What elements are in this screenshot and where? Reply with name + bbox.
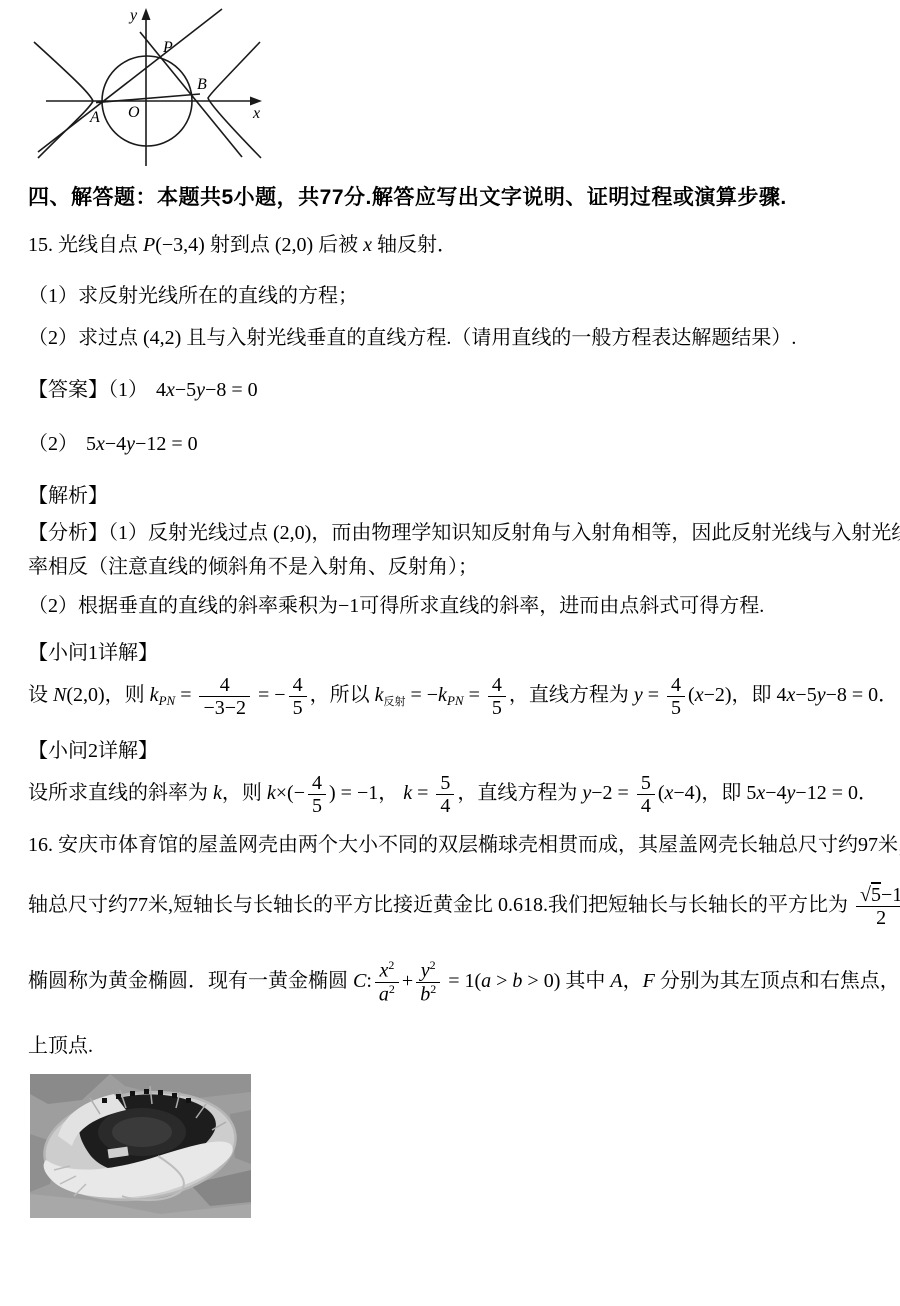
detail1-label: 【小问1详解】 xyxy=(28,639,158,668)
line-AP xyxy=(38,9,222,152)
q15-answer-2: （2）5x−4y−12 = 0 xyxy=(28,430,198,459)
label-O: O xyxy=(128,104,140,121)
detail2-label: 【小问2详解】 xyxy=(28,737,158,766)
fraction-x2-a2: x2a2 xyxy=(375,959,399,1006)
fraction: 45 xyxy=(488,674,506,720)
fraction: 54 xyxy=(436,772,454,818)
q16-line2: 轴总尺寸约77米,短轴长与长轴长的平方比接近黄金比 0.618.我们把短轴长与长… xyxy=(28,876,900,934)
answer-equation-1: 4x−5y−8 = 0 xyxy=(156,379,258,401)
q16-line4: 上顶点. xyxy=(28,1032,93,1061)
fraction: 45 xyxy=(289,674,307,720)
radical-icon: √ xyxy=(860,884,871,906)
detail2-math: 设所求直线的斜率为 k，则 k×(−45) = −1， k = 54，直线方程为… xyxy=(28,764,878,822)
y-arrowhead-icon xyxy=(142,8,151,20)
fraction: 45 xyxy=(308,772,326,818)
result-equation: 4x−5y−8 = 0 xyxy=(777,684,879,706)
q15-stem: 15. 光线自点 P(−3,4) 射到点 (2,0) 后被 x 轴反射． xyxy=(28,231,457,260)
label-A: A xyxy=(89,109,100,126)
label-B: B xyxy=(197,76,207,93)
answer-equation-2: 5x−4y−12 = 0 xyxy=(86,433,198,455)
stadium-aerial-photo xyxy=(30,1074,251,1218)
hyperbola-left-branch xyxy=(34,42,93,158)
golden-ratio-fraction: √5−12 xyxy=(856,884,900,930)
jiexi-label: 【解析】 xyxy=(28,482,108,511)
fenxi-line2: 率相反（注意直线的倾斜角不是入射角、反射角）； xyxy=(28,553,478,582)
detail1-math: 设 N(2,0)，则 kPN = 4−3−2 = −45，所以 k反射 = −k… xyxy=(28,666,898,731)
fenxi-line1: 【分析】（1）反射光线过点 (2,0)，而由物理学知识知反射角与入射角相等，因此… xyxy=(28,519,900,548)
q16-line1: 16. 安庆市体育馆的屋盖网壳由两个大小不同的双层椭球壳相贯而成，其屋盖网壳长轴… xyxy=(28,831,900,860)
label-y: y xyxy=(128,7,138,24)
q16-line3: 椭圆称为黄金椭圆．现有一黄金椭圆 C:x2a2+y2b2 = 1(a > b >… xyxy=(28,952,900,1010)
q15-answer-1: 【答案】（1）4x−5y−8 = 0 xyxy=(28,376,258,405)
section-heading: 四、解答题：本题共5小题，共77分.解答应写出文字说明、证明过程或演算步骤. xyxy=(28,183,787,213)
fraction: 54 xyxy=(637,772,655,818)
fraction: 45 xyxy=(667,674,685,720)
coordinate-figure: y x P B A O xyxy=(26,0,266,168)
result-equation: 5x−4y−12 = 0 xyxy=(746,782,858,804)
q15-part2: （2）求过点 (4,2) 且与入射光线垂直的直线方程.（请用直线的一般方程表达解… xyxy=(28,324,796,353)
answer-label: 【答案】 xyxy=(28,379,108,401)
label-x: x xyxy=(252,105,260,122)
q15-part1: （1）求反射光线所在的直线的方程； xyxy=(28,282,358,311)
document-page: y x P B A O 四、解答题：本题共5小题，共77分.解答应写出文字说明、… xyxy=(0,0,900,1306)
fraction: 4−3−2 xyxy=(199,674,250,720)
label-P: P xyxy=(162,39,173,56)
fraction-y2-b2: y2b2 xyxy=(416,959,440,1006)
fenxi-part2: （2）根据垂直的直线的斜率乘积为−1可得所求直线的斜率，进而由点斜式可得方程. xyxy=(28,592,764,621)
